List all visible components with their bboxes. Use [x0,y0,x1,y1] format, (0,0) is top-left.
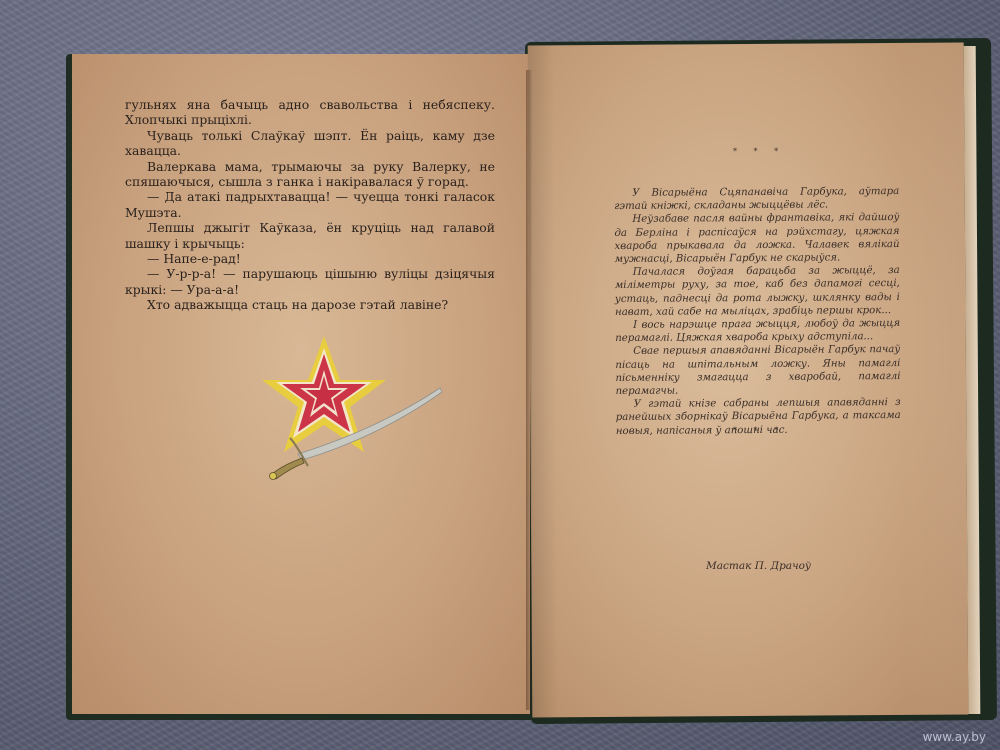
illustrator-credit: Мастак П. Драчоў [706,560,811,572]
separator-top: * * * [733,147,785,156]
separator-bottom: * * * [733,426,785,435]
paragraph: У Вісарыёна Сцяпанавіча Гарбука, аўтара … [614,185,899,213]
paragraph: Лепшы джыгіт Каўказа, ён круціць над гал… [125,220,495,251]
paragraph: Пачалася доўгая барацьба за жыццё, за мі… [615,264,900,319]
paragraph: І вось нарэшце прага жыцця, любоў да жыц… [615,317,900,345]
paragraph: — Да атакі падрыхтавацца! — чуецца тонкі… [125,189,495,220]
paragraph: Хто адважыцца стаць на дарозе гэтай лаві… [125,297,495,312]
paragraph: — Напе-е-рад! [125,251,495,266]
right-page-text: У Вісарыёна Сцяпанавіча Гарбука, аўтара … [614,185,901,438]
paragraph: Неўзабаве пасля вайны франтавіка, які да… [614,211,899,266]
left-page-text: гульнях яна бачыць адно свавольства і не… [125,97,495,313]
paragraph: — У-р-р-а! — парушаюць цішыню вуліцы дзі… [125,266,495,297]
watermark: www.ay.by [923,730,986,744]
paragraph: Валеркава мама, трымаючы за руку Валерку… [125,159,495,190]
paragraph: Свае першыя апавяданні Вісарыён Гарбук п… [615,343,900,398]
book-gutter [526,70,532,710]
paragraph: гульнях яна бачыць адно свавольства і не… [125,97,495,128]
paragraph: Чуваць толькі Слаўкаў шэпт. Ён раіць, ка… [125,128,495,159]
star-with-sabre-icon [258,326,448,486]
